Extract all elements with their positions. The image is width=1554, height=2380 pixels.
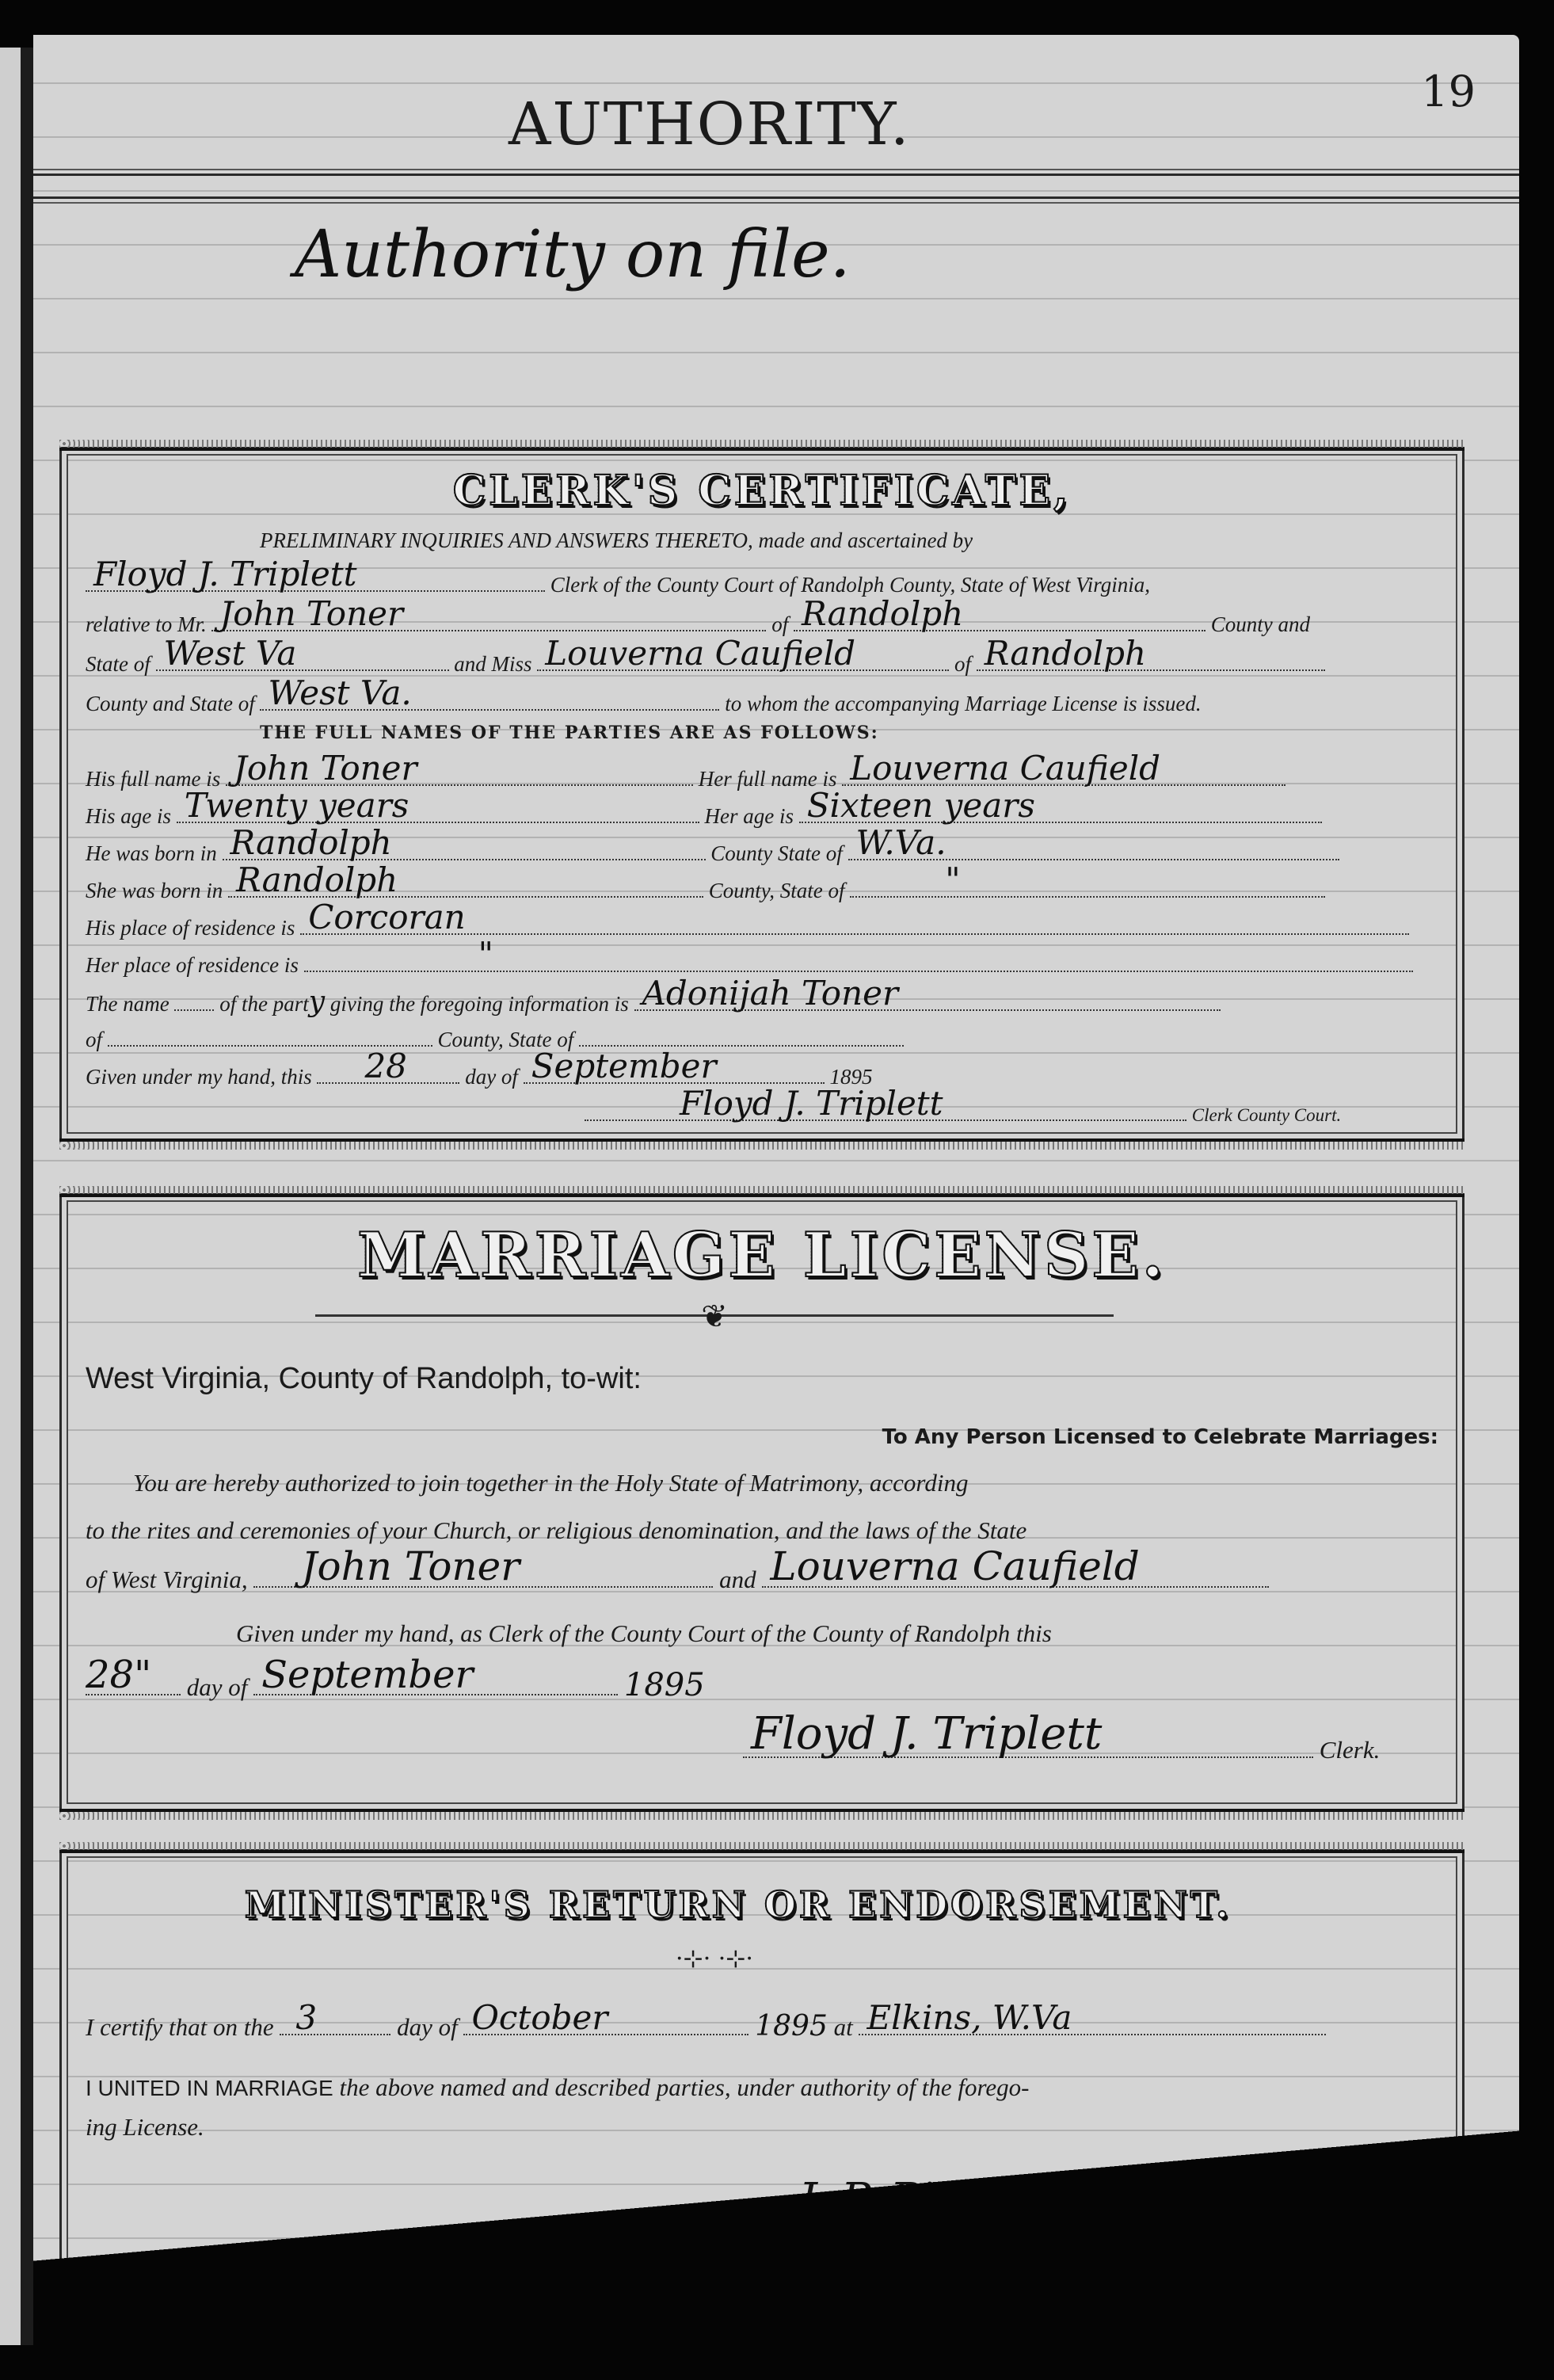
accompanying-text: to whom the accompanying Marriage Licens…	[725, 692, 1201, 715]
return-place-field: Elkins, W.Va	[859, 2012, 1326, 2035]
clerk-line: Floyd J. Triplett Clerk of the County Co…	[86, 568, 1438, 597]
of-label-3: of	[86, 1028, 102, 1051]
binding-gutter	[21, 48, 33, 2345]
day-of-label: day of	[465, 1065, 518, 1089]
he-county-state-label: County State of	[710, 841, 842, 865]
flourish-icon: ❦	[62, 1299, 1367, 1335]
bride-name-field: Louverna Caufield	[537, 647, 949, 671]
his-age: Twenty years	[185, 786, 409, 825]
clerks-certificate-box: CLERK'S CERTIFICATE, PRELIMINARY INQUIRI…	[59, 447, 1464, 1141]
parties-heading: THE FULL NAMES OF THE PARTIES ARE AS FOL…	[260, 723, 1438, 743]
his-full-name: John Toner	[234, 749, 417, 788]
informant-name: Adonijah Toner	[642, 974, 898, 1013]
intro-text: PRELIMINARY INQUIRIES AND ANSWERS THERET…	[260, 528, 973, 552]
of-label-2: of	[954, 652, 971, 676]
bride-state-field: West Va.	[260, 687, 719, 711]
given-month: September	[531, 1047, 717, 1085]
groom-state: West Va	[164, 634, 297, 673]
she-state: "	[945, 860, 960, 899]
his-residence-line: His place of residence is Corcoran	[86, 911, 1438, 940]
his-full-name-field: John Toner	[226, 762, 693, 786]
given-day: 28	[364, 1047, 406, 1085]
united-text: the above named and described parties, u…	[339, 2073, 1029, 2101]
license-groom-field: John Toner	[253, 1564, 713, 1588]
license-day-of-label: day of	[187, 1673, 248, 1701]
license-bride: Louverna Caufield	[770, 1543, 1139, 1589]
informant-blank	[174, 987, 214, 1011]
groom-county: Randolph	[802, 594, 963, 633]
informant-label-a: The name	[86, 992, 169, 1016]
clerk-signature-line: Floyd J. Triplett Clerk County Court.	[585, 1097, 1438, 1127]
informant-name-field: Adonijah Toner	[634, 987, 1221, 1011]
section-title-authority: AUTHORITY.	[508, 90, 911, 158]
her-full-name: Louverna Caufield	[850, 749, 1160, 788]
informant-state-field	[579, 1023, 904, 1047]
license-month: September	[261, 1653, 473, 1697]
authority-entry: Authority on file.	[295, 217, 851, 292]
he-state: W.Va.	[856, 823, 946, 862]
return-year: 1895	[755, 2010, 828, 2042]
groom-name-field: John Toner	[211, 608, 766, 631]
his-age-label: His age is	[86, 804, 171, 828]
and-miss-label: and Miss	[454, 652, 531, 676]
license-signature-field: Floyd J. Triplett	[743, 1734, 1313, 1758]
his-age-field: Twenty years	[177, 799, 699, 823]
united-line: I UNITED IN MARRIAGE the above named and…	[86, 2073, 1438, 2102]
county-state-label: County and State of	[86, 692, 255, 715]
groom-county-field: Randolph	[794, 608, 1205, 631]
clerks-certificate-heading: CLERK'S CERTIFICATE,	[62, 467, 1462, 515]
ornamental-border-bottom	[59, 1809, 1464, 1820]
county-and-label: County and	[1211, 612, 1310, 636]
return-month-field: October	[463, 2012, 748, 2035]
state-of-label: State of	[86, 652, 150, 676]
return-day-of-label: day of	[397, 2013, 458, 2041]
informant-line: The name of the party giving the foregoi…	[86, 986, 1438, 1018]
license-day-field: 28"	[86, 1672, 181, 1695]
return-day: 3	[295, 1998, 317, 2037]
license-body-2: to the rites and ceremonies of your Chur…	[86, 1516, 1438, 1545]
license-day: 28"	[86, 1653, 151, 1697]
return-place: Elkins, W.Va	[867, 1998, 1072, 2037]
informant-label-b: of the part	[219, 992, 309, 1016]
county-state-line: County and State of West Va. to whom the…	[86, 687, 1438, 716]
she-born-line: She was born in Randolph County, State o…	[86, 874, 1438, 903]
license-signature: Floyd J. Triplett	[751, 1708, 1102, 1760]
page-bottom-shadow	[33, 2126, 1519, 2332]
ornamental-border-top	[59, 1842, 1464, 1853]
license-parties-line: of West Virginia, John Toner and Louvern…	[86, 1564, 1438, 1594]
bride-name: Louverna Caufield	[545, 634, 855, 673]
given-month-field: September	[524, 1060, 825, 1084]
clerk-signature-field: Floyd J. Triplett	[585, 1097, 1186, 1121]
her-residence-label: Her place of residence is	[86, 953, 299, 977]
license-signature-title: Clerk.	[1320, 1736, 1381, 1764]
license-body-1: You are hereby authorized to join togeth…	[133, 1469, 1438, 1497]
jurisdiction-line: West Virginia, County of Randolph, to-wi…	[86, 1362, 1438, 1396]
she-state-field: "	[850, 874, 1325, 898]
bride-state: West Va.	[268, 673, 411, 712]
relative-label: relative to Mr.	[86, 612, 207, 636]
groom-name: John Toner	[219, 594, 403, 633]
given-label: Given under my hand, this	[86, 1065, 312, 1089]
her-age: Sixteen years	[807, 786, 1035, 825]
his-residence: Corcoran	[308, 898, 465, 936]
adjacent-page-edge	[0, 48, 21, 2345]
license-and-label: and	[719, 1566, 756, 1593]
license-date-line: 28" day of September 1895	[86, 1667, 1438, 1703]
license-groom: John Toner	[301, 1543, 520, 1589]
her-residence-field: "	[304, 948, 1413, 972]
united-caps: I UNITED IN MARRIAGE	[86, 2076, 333, 2100]
informant-of-field	[108, 1023, 432, 1047]
relative-line: relative to Mr. John Toner of Randolph C…	[86, 608, 1438, 637]
marriage-license-box: MARRIAGE LICENSE. ❦ West Virginia, Count…	[59, 1193, 1464, 1811]
given-day-field: 28	[317, 1060, 459, 1084]
license-year: 1895	[624, 1667, 705, 1703]
informant-label-c: giving the foregoing information is	[330, 992, 629, 1016]
informant-suffix: y	[309, 986, 325, 1018]
license-body-3: of West Virginia,	[86, 1566, 248, 1593]
ornamental-border-top	[59, 440, 1464, 451]
license-bride-field: Louverna Caufield	[762, 1564, 1269, 1588]
her-full-name-field: Louverna Caufield	[842, 762, 1285, 786]
ornamental-border-bottom	[59, 1139, 1464, 1150]
her-age-label: Her age is	[705, 804, 794, 828]
license-given-text: Given under my hand, as Clerk of the Cou…	[236, 1619, 1438, 1648]
his-residence-label: His place of residence is	[86, 916, 295, 940]
clerk-name: Floyd J. Triplett	[93, 555, 357, 593]
ministers-return-heading: MINISTER'S RETURN OR ENDORSEMENT.	[62, 1883, 1415, 1926]
license-signature-line: Floyd J. Triplett Clerk.	[743, 1734, 1438, 1764]
clerk-signature: Floyd J. Triplett	[680, 1084, 943, 1123]
clerk-of-text: Clerk of the County Court of Randolph Co…	[550, 573, 1150, 597]
certify-line: I certify that on the 3 day of October 1…	[86, 2010, 1438, 2042]
groom-state-field: West Va	[156, 647, 449, 671]
his-residence-field: Corcoran	[300, 911, 1409, 935]
intro-line: PRELIMINARY INQUIRIES AND ANSWERS THERET…	[260, 528, 1438, 553]
he-born-field: Randolph	[223, 837, 706, 860]
clerk-signature-title: Clerk County Court.	[1192, 1105, 1341, 1125]
her-residence: "	[478, 935, 493, 974]
bride-county: Randolph	[985, 634, 1146, 673]
register-page: 19 AUTHORITY. Authority on file. CLERK'S…	[33, 35, 1519, 2332]
addressee-line: To Any Person Licensed to Celebrate Marr…	[86, 1425, 1438, 1449]
ornamental-border-top	[59, 1186, 1464, 1197]
informant-county-line: of County, State of	[86, 1023, 1438, 1052]
she-born: Randolph	[236, 860, 398, 899]
page-number: 19	[1421, 67, 1476, 116]
bride-county-field: Randolph	[977, 647, 1325, 671]
return-month: October	[471, 1998, 608, 2037]
he-born: Randolph	[230, 823, 392, 862]
flourish-icon: ·⊹· ·⊹·	[62, 1945, 1367, 1973]
of-label: of	[771, 612, 788, 636]
she-born-field: Randolph	[228, 874, 703, 898]
title-rule	[33, 174, 1519, 199]
her-age-field: Sixteen years	[799, 799, 1322, 823]
he-state-field: W.Va.	[848, 837, 1339, 860]
she-born-label: She was born in	[86, 879, 223, 902]
return-day-field: 3	[280, 2012, 390, 2035]
she-county-state-label: County, State of	[709, 879, 845, 902]
return-at-label: at	[834, 2013, 853, 2041]
clerk-name-field: Floyd J. Triplett	[86, 568, 545, 592]
he-born-label: He was born in	[86, 841, 217, 865]
marriage-license-heading: MARRIAGE LICENSE.	[62, 1219, 1462, 1291]
license-month-field: September	[253, 1672, 618, 1695]
certify-label: I certify that on the	[86, 2013, 274, 2041]
state-line: State of West Va and Miss Louverna Caufi…	[86, 647, 1438, 677]
